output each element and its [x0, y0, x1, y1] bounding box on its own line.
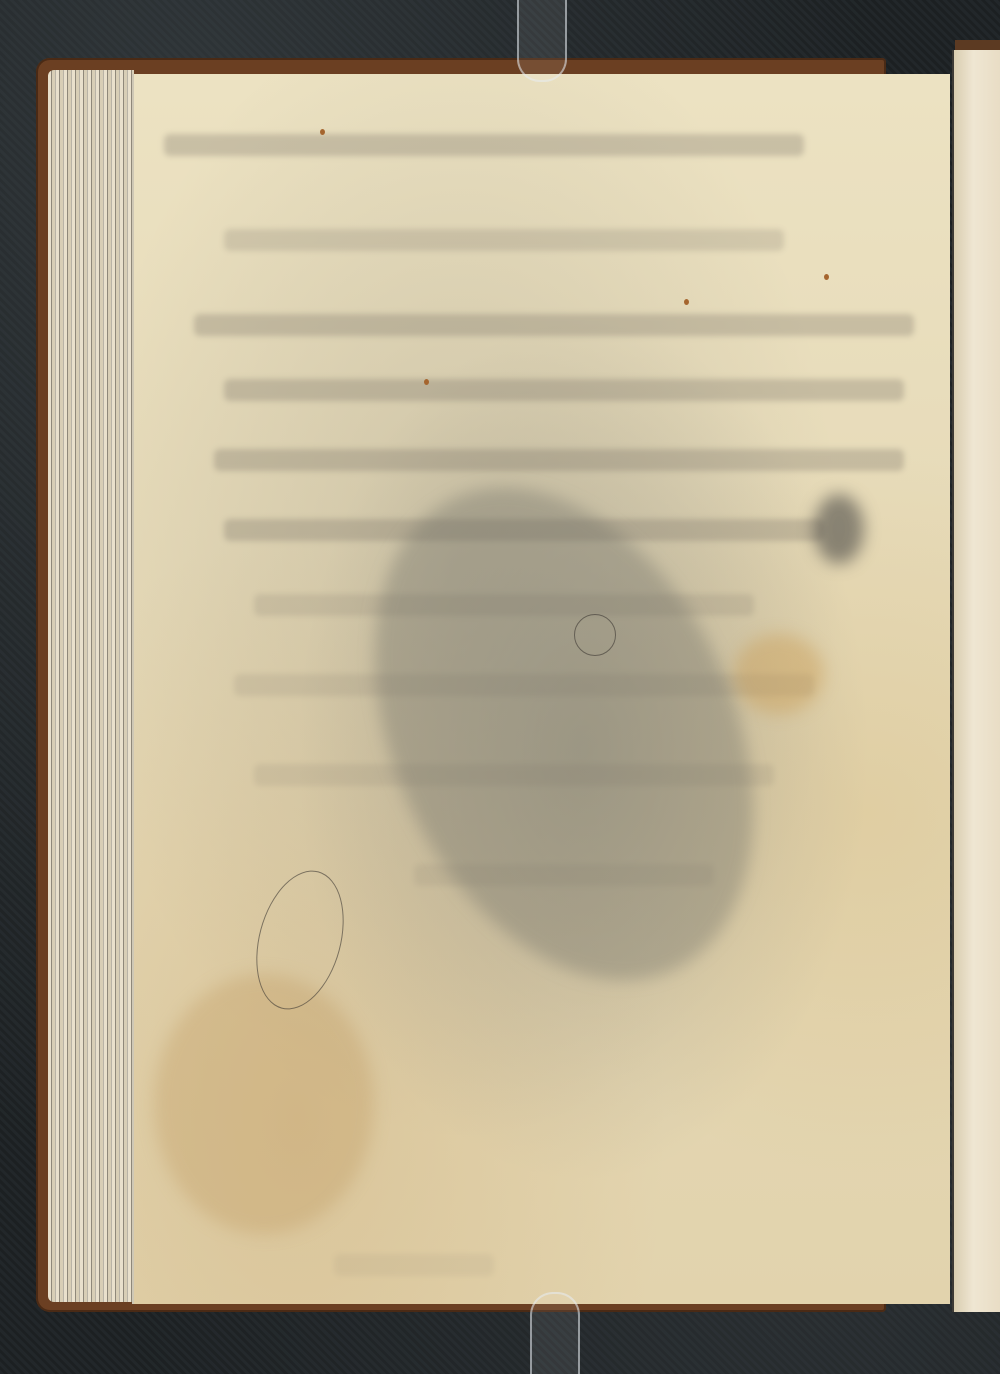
- page-clip-bottom: [530, 1292, 580, 1374]
- ghost-text-line: [164, 134, 804, 156]
- ghost-text-line: [334, 1254, 494, 1276]
- ghost-text-line: [214, 449, 904, 471]
- manuscript-page: [132, 74, 950, 1304]
- ghost-text-line: [224, 379, 904, 401]
- tan-stain: [154, 974, 374, 1234]
- pen-trial-loop: [574, 614, 616, 656]
- rust-spot: [684, 299, 689, 305]
- ink-blot: [814, 494, 864, 564]
- page-stack-edge: [48, 70, 134, 1302]
- ghost-text-line: [224, 229, 784, 251]
- facing-page: [952, 50, 1000, 1312]
- tan-stain: [734, 634, 824, 714]
- rust-spot: [824, 274, 829, 280]
- rust-spot: [320, 129, 325, 135]
- ghost-text-line: [194, 314, 914, 336]
- rust-spot: [424, 379, 429, 385]
- page-clip-top: [517, 0, 567, 82]
